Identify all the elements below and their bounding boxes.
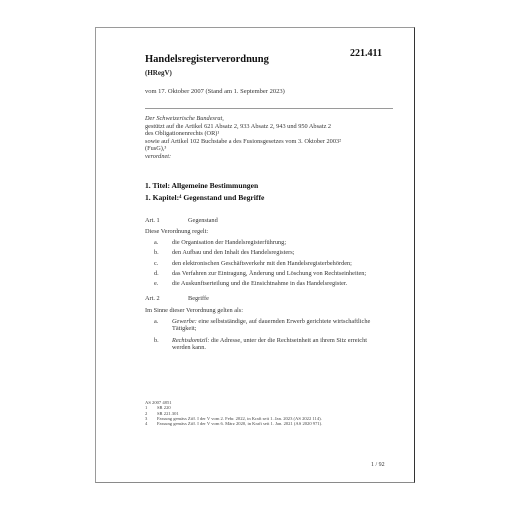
date-line: vom 17. Oktober 2007 (Stand am 1. Septem… — [145, 88, 285, 95]
footnote: 4Fassung gemäss Ziff. I der V vom 6. Mär… — [145, 421, 327, 426]
preamble-line: (FusG),³ — [145, 145, 341, 153]
item-letter: c. — [154, 259, 172, 269]
title-heading: 1. Titel: Allgemeine Bestimmungen — [145, 180, 264, 192]
article-1-heading: Art. 1Gegenstand — [145, 217, 218, 224]
document-abbreviation: (HRegV) — [145, 69, 172, 77]
list-item: b.Rechtsdomizil: die Adresse, unter der … — [154, 337, 382, 352]
item-text: das Verfahren zur Eintragung, Änderung u… — [172, 270, 366, 277]
article-1-list: a.die Organisation der Handelsregisterfü… — [154, 238, 366, 289]
article-number: Art. 2 — [145, 295, 188, 302]
footnote-text: Fassung gemäss Ziff. I der V vom 6. März… — [157, 421, 327, 426]
article-number: Art. 1 — [145, 217, 188, 224]
article-2-intro: Im Sinne dieser Verordnung gelten als: — [145, 307, 243, 314]
list-item: d.das Verfahren zur Eintragung, Änderung… — [154, 269, 366, 279]
article-2-list: a.Gewerbe: eine selbstständige, auf daue… — [154, 318, 382, 355]
item-term: Rechtsdomizil: — [172, 337, 209, 344]
document-title: Handelsregisterverordnung — [145, 54, 269, 65]
item-letter: d. — [154, 269, 172, 279]
item-text: die Auskunftserteilung und die Einsichtn… — [172, 280, 347, 287]
preamble-verb: verordnet: — [145, 153, 341, 161]
item-text: Gewerbe: eine selbstständige, auf dauern… — [172, 318, 382, 333]
section-headings: 1. Titel: Allgemeine Bestimmungen 1. Kap… — [145, 180, 264, 204]
preamble-line: des Obligationenrechts (OR)¹ — [145, 130, 341, 138]
item-letter: e. — [154, 279, 172, 289]
list-item: a.die Organisation der Handelsregisterfü… — [154, 238, 366, 248]
item-text: den elektronischen Geschäftsverkehr mit … — [172, 260, 352, 267]
item-text: Rechtsdomizil: die Adresse, unter der di… — [172, 337, 382, 352]
item-letter: b. — [154, 337, 172, 352]
list-item: e.die Auskunftserteilung und die Einsich… — [154, 279, 366, 289]
article-1-intro: Diese Verordnung regelt: — [145, 228, 208, 235]
article-2-heading: Art. 2Begriffe — [145, 295, 209, 302]
article-title: Gegenstand — [188, 217, 218, 224]
preamble-line: gestützt auf die Artikel 621 Absatz 2, 9… — [145, 123, 341, 131]
article-title: Begriffe — [188, 295, 209, 302]
page-number: 1 / 92 — [371, 462, 385, 468]
sr-number: 221.411 — [350, 48, 382, 59]
item-letter: a. — [154, 238, 172, 248]
preamble-line: sowie auf Artikel 102 Buchstabe a des Fu… — [145, 138, 341, 146]
item-definition: eine selbstständige, auf dauernden Erwer… — [172, 318, 370, 332]
list-item: a.Gewerbe: eine selbstständige, auf daue… — [154, 318, 382, 333]
item-term: Gewerbe: — [172, 318, 197, 325]
list-item: c.den elektronischen Geschäftsverkehr mi… — [154, 259, 366, 269]
item-text: den Aufbau und den Inhalt des Handelsreg… — [172, 249, 294, 256]
item-letter: b. — [154, 248, 172, 258]
item-text: die Organisation der Handelsregisterführ… — [172, 239, 286, 246]
footnote-mark: 4 — [145, 421, 157, 426]
item-letter: a. — [154, 318, 172, 333]
document-page: Handelsregisterverordnung 221.411 (HRegV… — [95, 27, 415, 483]
footnotes: AS 2007 4851 1SR 220 2SR 221.301 3Fassun… — [145, 400, 327, 426]
chapter-heading: 1. Kapitel:⁴ Gegenstand und Begriffe — [145, 192, 264, 204]
preamble-authority: Der Schweizerische Bundesrat, — [145, 115, 341, 123]
list-item: b.den Aufbau und den Inhalt des Handelsr… — [154, 248, 366, 258]
header-separator — [145, 108, 393, 109]
preamble: Der Schweizerische Bundesrat, gestützt a… — [145, 115, 341, 161]
